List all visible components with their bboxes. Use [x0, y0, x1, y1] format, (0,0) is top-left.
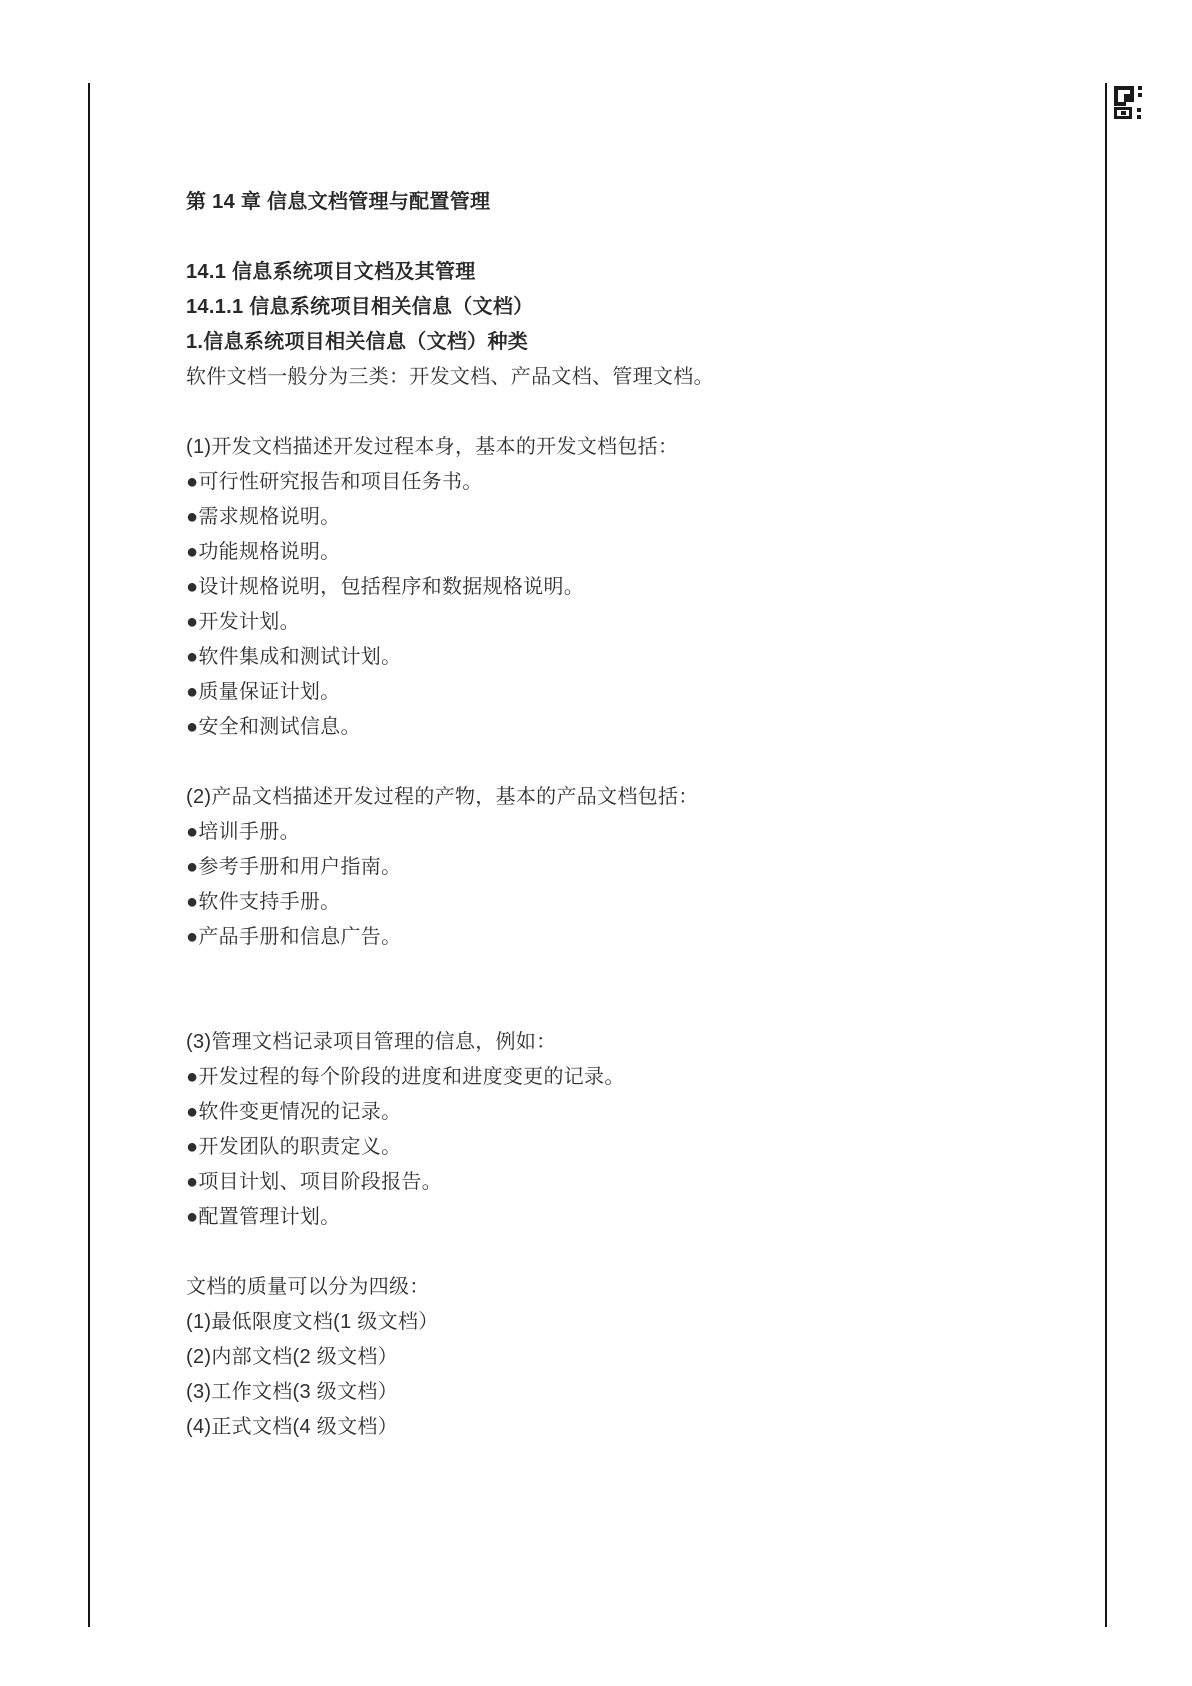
bullet-list-item: ●配置管理计划。 — [186, 1200, 1046, 1235]
bullet-list-item: ●功能规格说明。 — [186, 535, 1046, 570]
bullet-list-item: ●软件变更情况的记录。 — [186, 1095, 1046, 1130]
paragraph-line: (4)正式文档(4 级文档） — [186, 1410, 1046, 1445]
document-page: 第 14 章 信息文档管理与配置管理14.1 信息系统项目文档及其管理14.1.… — [0, 0, 1192, 1686]
paragraph-line: 软件文档一般分为三类：开发文档、产品文档、管理文档。 — [186, 360, 1046, 395]
document-heading-line: 第 14 章 信息文档管理与配置管理 — [186, 185, 1046, 220]
paragraph-line: (1)开发文档描述开发过程本身，基本的开发文档包括： — [186, 430, 1046, 465]
paragraph-line: (1)最低限度文档(1 级文档） — [186, 1305, 1046, 1340]
paragraph-line: (3)管理文档记录项目管理的信息，例如： — [186, 1025, 1046, 1060]
paragraph-line: 文档的质量可以分为四级： — [186, 1270, 1046, 1305]
page-left-edge — [88, 83, 90, 1627]
qr-code-fragment-icon — [1114, 86, 1144, 119]
blank-line — [186, 395, 1046, 430]
bullet-list-item: ●需求规格说明。 — [186, 500, 1046, 535]
document-content: 第 14 章 信息文档管理与配置管理14.1 信息系统项目文档及其管理14.1.… — [186, 185, 1046, 1445]
bullet-list-item: ●可行性研究报告和项目任务书。 — [186, 465, 1046, 500]
paragraph-line: (2)内部文档(2 级文档） — [186, 1340, 1046, 1375]
bullet-list-item: ●安全和测试信息。 — [186, 710, 1046, 745]
blank-line — [186, 955, 1046, 990]
blank-line — [186, 220, 1046, 255]
bullet-list-item: ●软件支持手册。 — [186, 885, 1046, 920]
document-heading-line: 14.1.1 信息系统项目相关信息（文档） — [186, 290, 1046, 325]
bullet-list-item: ●质量保证计划。 — [186, 675, 1046, 710]
bullet-list-item: ●设计规格说明，包括程序和数据规格说明。 — [186, 570, 1046, 605]
page-right-edge — [1105, 83, 1107, 1627]
bullet-list-item: ●产品手册和信息广告。 — [186, 920, 1046, 955]
bullet-list-item: ●培训手册。 — [186, 815, 1046, 850]
bullet-list-item: ●开发过程的每个阶段的进度和进度变更的记录。 — [186, 1060, 1046, 1095]
bullet-list-item: ●软件集成和测试计划。 — [186, 640, 1046, 675]
blank-line — [186, 990, 1046, 1025]
bullet-list-item: ●参考手册和用户指南。 — [186, 850, 1046, 885]
document-heading-line: 14.1 信息系统项目文档及其管理 — [186, 255, 1046, 290]
blank-line — [186, 745, 1046, 780]
document-heading-line: 1.信息系统项目相关信息（文档）种类 — [186, 325, 1046, 360]
bullet-list-item: ●项目计划、项目阶段报告。 — [186, 1165, 1046, 1200]
paragraph-line: (3)工作文档(3 级文档） — [186, 1375, 1046, 1410]
blank-line — [186, 1235, 1046, 1270]
bullet-list-item: ●开发计划。 — [186, 605, 1046, 640]
paragraph-line: (2)产品文档描述开发过程的产物，基本的产品文档包括： — [186, 780, 1046, 815]
bullet-list-item: ●开发团队的职责定义。 — [186, 1130, 1046, 1165]
